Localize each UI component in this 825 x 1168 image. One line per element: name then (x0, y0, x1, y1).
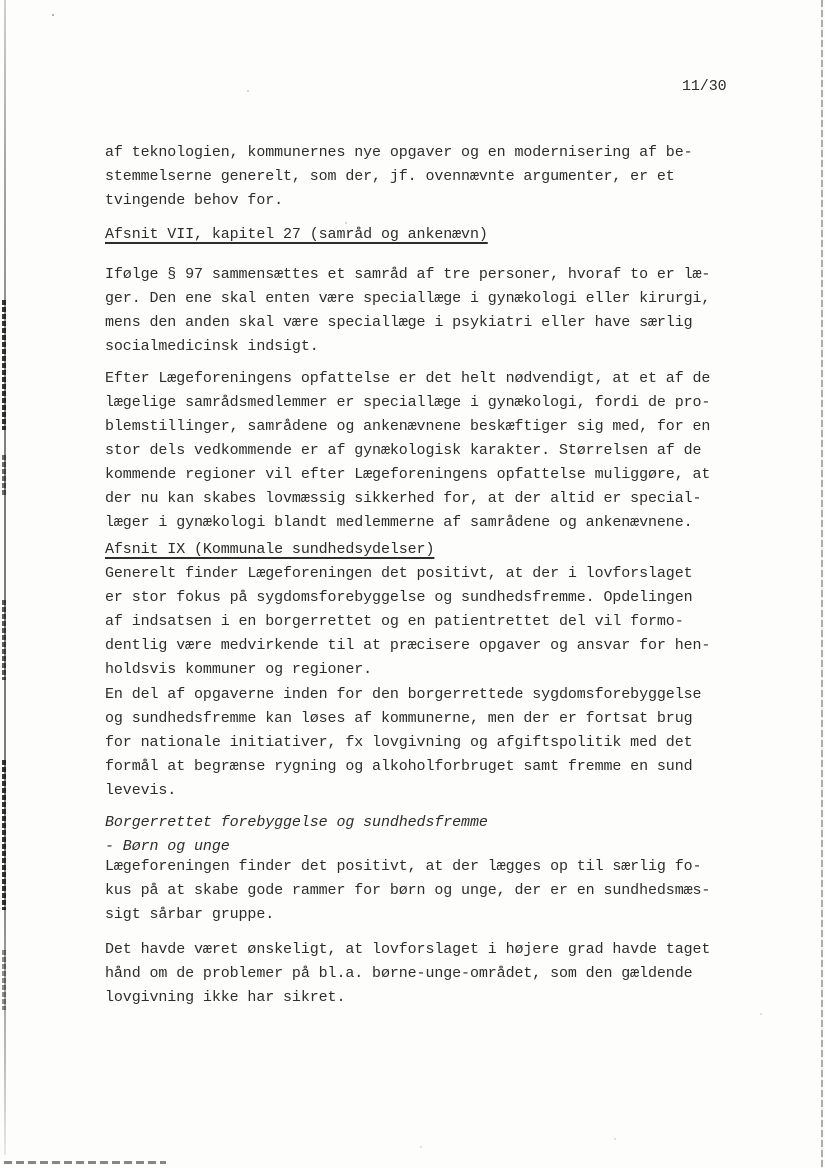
section-heading-afsnit-vii: Afsnit VII, kapitel 27 (samråd og ankenæ… (105, 223, 488, 247)
scan-artifact-left-blotch (2, 600, 6, 680)
scan-artifact-left-blotch (2, 760, 6, 910)
paragraph-intro: af teknologien, kommunernes nye opgaver … (105, 141, 693, 213)
scanned-document-page: 11/30 af teknologien, kommunernes nye op… (0, 0, 825, 1168)
scan-speck (420, 1146, 422, 1148)
scan-speck (52, 14, 54, 16)
scan-artifact-bottom-dashes (4, 1161, 166, 1164)
scan-speck (614, 1138, 616, 1140)
paragraph-laegeforening-opinion: Efter Lægeforeningens opfattelse er det … (105, 367, 710, 535)
page-number: 11/30 (682, 75, 727, 99)
section-heading-afsnit-ix: Afsnit IX (Kommunale sundhedsydelser) (105, 538, 434, 562)
scan-artifact-left-blotch (2, 300, 6, 430)
scan-speck (247, 90, 249, 92)
scan-artifact-right-edge-line (821, 0, 823, 1168)
scan-artifact-left-blotch (2, 950, 6, 1010)
paragraph-boern-unge-fokus: Lægeforeningen finder det positivt, at d… (105, 855, 710, 927)
paragraph-oenskeligt-lovforslag: Det havde været ønskeligt, at lovforslag… (105, 938, 710, 1010)
paragraph-opgaverne-kommunerne: En del af opgaverne inden for den borger… (105, 683, 701, 803)
paragraph-generelt-positivt: Generelt finder Lægeforeningen det posit… (105, 562, 710, 682)
paragraph-samraad-composition: Ifølge § 97 sammensættes et samråd af tr… (105, 263, 710, 359)
scan-artifact-left-blotch (2, 455, 6, 495)
subsection-heading-borgerrettet: Borgerrettet forebyggelse og sundhedsfre… (105, 811, 488, 835)
scan-speck (760, 1013, 762, 1015)
